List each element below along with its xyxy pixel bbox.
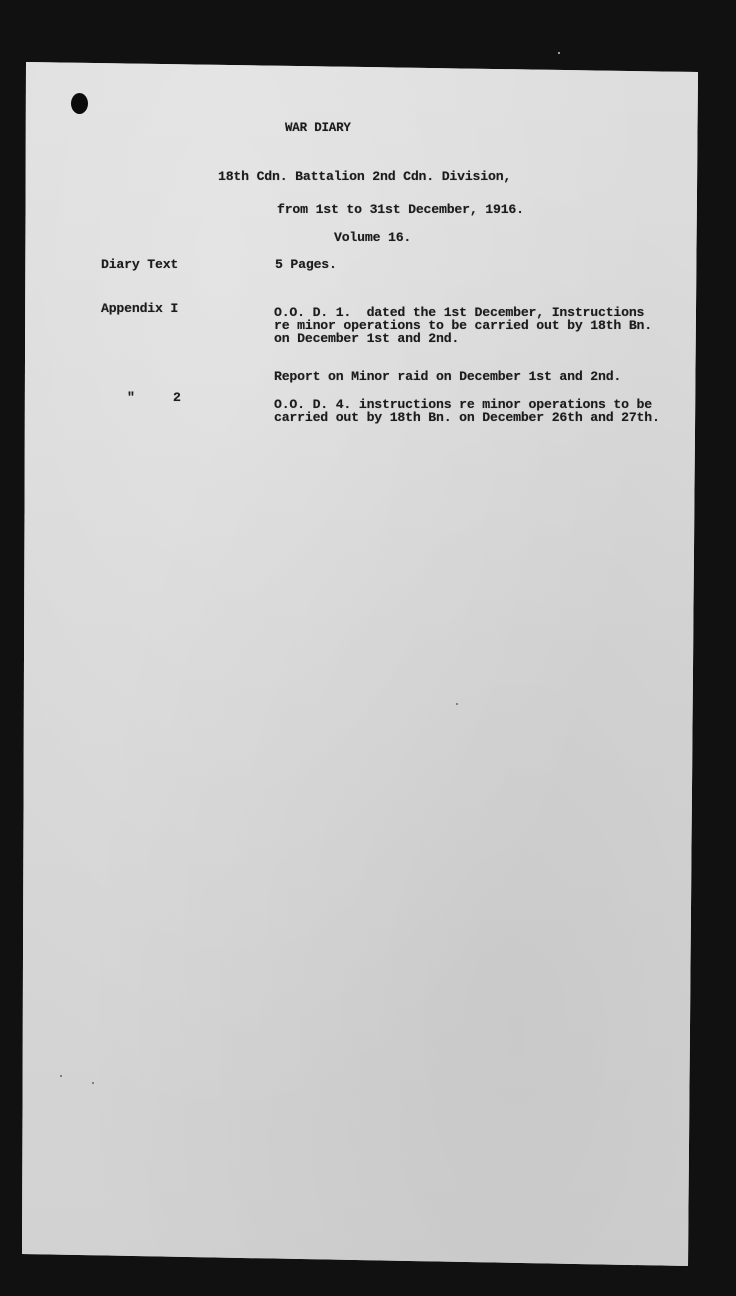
appendix-2-ditto-mark: ": [127, 391, 135, 404]
dust-speck: [456, 703, 458, 705]
dust-speck: [92, 1082, 94, 1084]
volume-number: Volume 16.: [334, 231, 411, 244]
dust-speck: [558, 52, 560, 54]
appendix-1-description: O.O. D. 1. dated the 1st December, Instr…: [274, 306, 652, 345]
dust-speck: [60, 1075, 62, 1077]
scanned-page: WAR DIARY 18th Cdn. Battalion 2nd Cdn. D…: [0, 0, 736, 1296]
appendix-1-line-3: on December 1st and 2nd.: [274, 332, 652, 345]
paper-sheet: [0, 0, 736, 1296]
date-range: from 1st to 31st December, 1916.: [277, 203, 524, 216]
document-title: WAR DIARY: [285, 122, 351, 135]
appendix-1-label: Appendix I: [101, 302, 178, 315]
appendix-1-report: Report on Minor raid on December 1st and…: [274, 370, 621, 383]
diary-text-pages: 5 Pages.: [275, 258, 337, 271]
unit-name: 18th Cdn. Battalion 2nd Cdn. Division,: [218, 170, 511, 183]
appendix-2-number: 2: [173, 391, 181, 404]
punch-hole: [71, 93, 88, 114]
appendix-2-description: O.O. D. 4. instructions re minor operati…: [274, 398, 660, 424]
diary-text-label: Diary Text: [101, 258, 178, 271]
appendix-2-line-2: carried out by 18th Bn. on December 26th…: [274, 411, 660, 424]
